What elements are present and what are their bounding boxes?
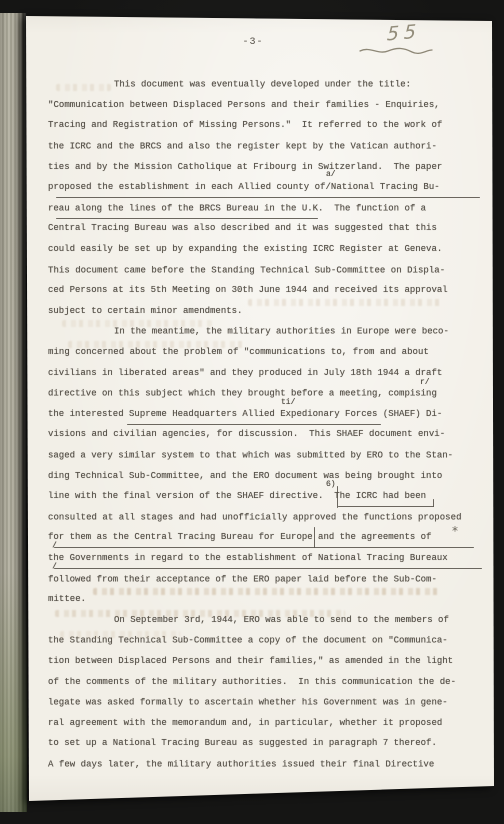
bleed-through-line	[56, 84, 111, 91]
text-line: the Governments in regard to the establi…	[48, 548, 462, 569]
text-line: reau along the lines of the BRCS Bureau …	[48, 198, 462, 219]
text-line: ral agreement with the memorandum and, i…	[48, 712, 462, 733]
text-line: consulted at all stages and had unoffici…	[48, 507, 462, 528]
scanned-document-photo: -3- 55 This document was eventually deve…	[0, 0, 504, 824]
pencil-mark-sup: a/	[326, 170, 336, 179]
text-line: the ICRC and the BRCS and also the regis…	[48, 136, 462, 157]
pencil-mark-sup: r/	[420, 378, 430, 387]
text-line: ced Persons at its 5th Meeting on 30th J…	[48, 280, 462, 301]
text-line: ties and by the Mission Catholique at Fr…	[48, 156, 462, 177]
text-line: proposed the establishment in each Allie…	[48, 177, 462, 198]
pencil-mark-text: *	[452, 524, 458, 538]
text-line: directive on this subject which they bro…	[48, 383, 462, 404]
text-line: This document came before the Standing T…	[48, 260, 462, 281]
text-line: Tracing and Registration of Missing Pers…	[48, 115, 462, 136]
folio-underline-squiggle	[358, 45, 434, 57]
text-line: visions and civilian agencies, for discu…	[48, 424, 462, 445]
text-line: civilians in liberated areas" and they p…	[48, 362, 462, 383]
text-line: for them as the Central Tracing Bureau f…	[48, 527, 462, 548]
text-line: tion between Displaced Persons and their…	[48, 651, 462, 672]
bleed-through-line	[93, 588, 440, 595]
bleed-through-line	[55, 610, 345, 617]
text-line: to set up a National Tracing Bureau as s…	[48, 733, 462, 754]
bleed-through-line	[248, 299, 443, 306]
pencil-mark-sup: ti/	[281, 398, 295, 407]
text-line: followed from their acceptance of the ER…	[48, 569, 462, 590]
text-line: saged a very similar system to that whic…	[48, 445, 462, 466]
text-line: line with the final version of the SHAEF…	[48, 486, 462, 507]
bleed-through-line	[62, 320, 212, 327]
text-line: Central Tracing Bureau was also describe…	[48, 218, 462, 239]
text-line: the interested Supreme Headquarters Alli…	[48, 404, 462, 425]
text-line: ding Technical Sub-Committee, and the ER…	[48, 465, 462, 486]
text-line: A few days later, the military authoriti…	[48, 754, 462, 775]
text-line: could easily be set up by expanding the …	[48, 239, 462, 260]
text-line: of the comments of the military authorit…	[48, 671, 462, 692]
text-line: legate was asked formally to ascertain w…	[48, 692, 462, 713]
text-line: "Communication between Displaced Persons…	[48, 95, 462, 116]
pencil-mark-sup: 6)	[326, 480, 336, 489]
bleed-through-line	[68, 341, 243, 348]
bleed-through-line	[60, 631, 180, 638]
